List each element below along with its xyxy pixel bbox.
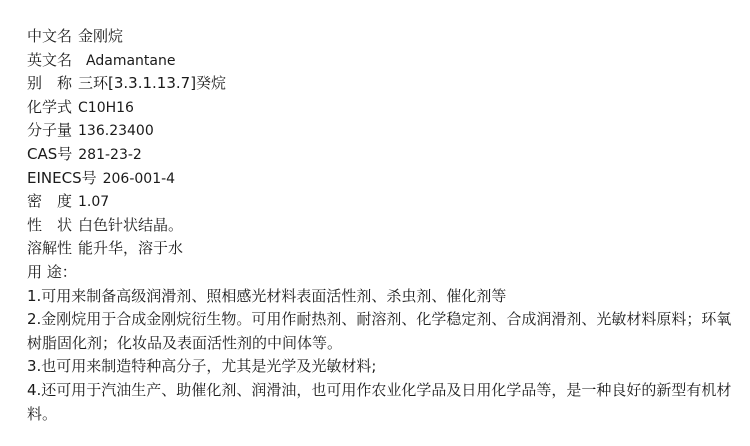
- property-alias: 别 称三环[3.3.1.13.7]癸烷: [27, 72, 742, 96]
- property-label: EINECS号: [27, 167, 97, 191]
- uses-heading: 用 途：: [27, 261, 742, 285]
- property-label: 英文名: [27, 49, 72, 73]
- property-value: 281-23-2: [78, 144, 142, 168]
- property-label: 密 度: [27, 190, 72, 214]
- use-item-4: 4.还可用于汽油生产、助催化剂、润滑油，也可用作农业化学品及日用化学品等，是一种…: [27, 379, 739, 426]
- property-value: C10H16: [78, 97, 134, 121]
- property-label: 性 状: [27, 214, 72, 238]
- property-label: 化学式: [27, 96, 72, 120]
- use-item-1: 1.可用来制备高级润滑剂、照相感光材料表面活性剂、杀虫剂、催化剂等: [27, 285, 739, 309]
- property-density: 密 度1.07: [27, 190, 742, 214]
- property-label: 分子量: [27, 119, 72, 143]
- property-value: Adamantane: [86, 50, 175, 74]
- property-value: 1.07: [78, 191, 109, 215]
- property-english-name: 英文名Adamantane: [27, 49, 742, 73]
- property-solubility: 溶解性能升华，溶于水: [27, 237, 742, 261]
- property-cas: CAS号281-23-2: [27, 143, 742, 167]
- property-einecs: EINECS号206-001-4: [27, 167, 742, 191]
- use-item-2: 2.金刚烷用于合成金刚烷衍生物。可用作耐热剂、耐溶剂、化学稳定剂、合成润滑剂、光…: [27, 308, 739, 355]
- property-chinese-name: 中文名金刚烷: [27, 25, 742, 49]
- property-label: CAS号: [27, 143, 72, 167]
- use-item-3: 3.也可用来制造特种高分子，尤其是光学及光敏材料;: [27, 355, 739, 379]
- property-value: 白色针状结晶。: [78, 214, 183, 238]
- product-info-document: 中文名金刚烷 英文名Adamantane 别 称三环[3.3.1.13.7]癸烷…: [27, 25, 742, 426]
- property-value: 136.23400: [78, 120, 154, 144]
- property-formula: 化学式C10H16: [27, 96, 742, 120]
- property-value: 能升华，溶于水: [78, 237, 183, 261]
- property-molecular-weight: 分子量136.23400: [27, 119, 742, 143]
- property-value: 三环[3.3.1.13.7]癸烷: [78, 72, 226, 96]
- property-label: 中文名: [27, 25, 72, 49]
- property-value: 206-001-4: [103, 168, 175, 192]
- property-label: 溶解性: [27, 237, 72, 261]
- property-label: 别 称: [27, 72, 72, 96]
- property-value: 金刚烷: [78, 25, 123, 49]
- property-appearance: 性 状白色针状结晶。: [27, 214, 742, 238]
